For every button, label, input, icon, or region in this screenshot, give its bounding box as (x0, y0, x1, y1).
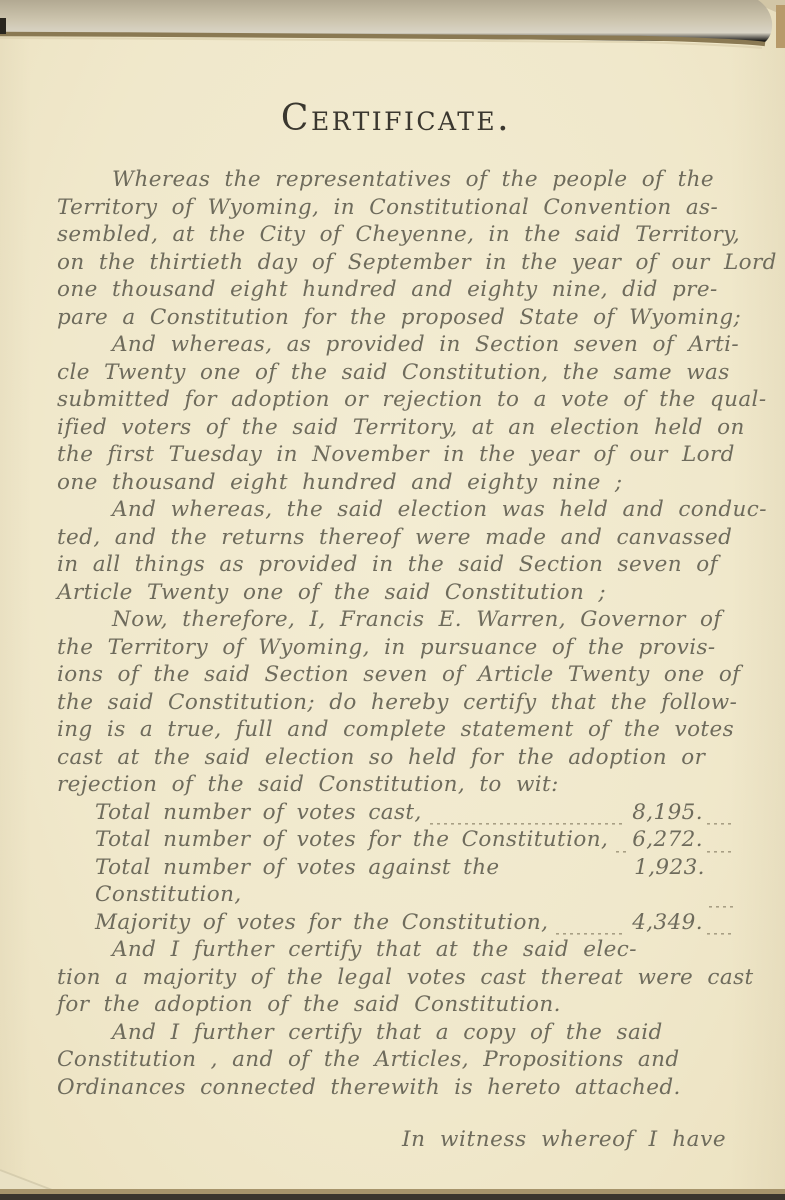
text-line: the first Tuesday in November in the yea… (57, 441, 735, 469)
text-line: submitted for adoption or rejection to a… (57, 386, 735, 414)
text-line: Constitution , and of the Articles, Prop… (57, 1046, 735, 1074)
text-line: ing is a true, full and complete stateme… (57, 716, 735, 744)
dotted-tail (707, 812, 735, 826)
text-line: Territory of Wyoming, in Constitutional … (57, 194, 735, 222)
text-line: Now, therefore, I, Francis E. Warren, Go… (57, 606, 735, 634)
vote-value: 1,923. (634, 854, 705, 882)
vote-row-majority: Majority of votes for the Constitution, … (57, 909, 735, 937)
vote-label: Total number of votes for the Constituti… (95, 826, 608, 854)
text-line: for the adoption of the said Constitutio… (57, 991, 735, 1019)
text-line: ions of the said Section seven of Articl… (57, 661, 735, 689)
page-top-curl (0, 0, 785, 62)
dotted-tail (709, 895, 735, 909)
text-line: Ordinances connected therewith is hereto… (57, 1074, 735, 1102)
text-line: in all things as provided in the said Se… (57, 551, 735, 579)
certificate-body: Certificate. Whereas the representatives… (0, 96, 785, 1154)
dotted-leader (430, 812, 627, 826)
certificate-text: Whereas the representatives of the peopl… (57, 166, 735, 1101)
vote-row-for: Total number of votes for the Constituti… (57, 826, 735, 854)
dotted-leader (616, 840, 626, 854)
text-line: ted, and the returns thereof were made a… (57, 524, 735, 552)
vote-label: Total number of votes cast, (95, 799, 422, 827)
vote-label: Majority of votes for the Constitution, (95, 909, 548, 937)
vote-row-against: Total number of votes against the Consti… (57, 854, 735, 909)
book-page: Certificate. Whereas the representatives… (0, 0, 785, 1200)
page-title: Certificate. (57, 96, 735, 142)
text-line: And whereas, the said election was held … (57, 496, 735, 524)
dotted-tail (707, 840, 735, 854)
text-line: sembled, at the City of Cheyenne, in the… (57, 221, 735, 249)
text-line: the said Constitution; do hereby certify… (57, 689, 735, 717)
dotted-leader (556, 922, 626, 936)
book-edge-dark (0, 1194, 785, 1200)
text-line: Article Twenty one of the said Constitut… (57, 579, 735, 607)
text-line: And I further certify that a copy of the… (57, 1019, 735, 1047)
text-line: And whereas, as provided in Section seve… (57, 331, 735, 359)
text-line: ified voters of the said Territory, at a… (57, 414, 735, 442)
vote-value: 8,195. (632, 799, 703, 827)
page-edge-strip (776, 5, 785, 48)
text-line: pare a Constitution for the proposed Sta… (57, 304, 735, 332)
text-line: on the thirtieth day of September in the… (57, 249, 735, 277)
page-edge-brown (0, 1189, 785, 1194)
closing-line: In witness whereof I have (57, 1126, 735, 1154)
vote-row-total-cast: Total number of votes cast, 8,195. (57, 799, 735, 827)
text-line: cast at the said election so held for th… (57, 744, 735, 772)
text-line: cle Twenty one of the said Constitution,… (57, 359, 735, 387)
text-line: the Territory of Wyoming, in pursuance o… (57, 634, 735, 662)
vote-value: 4,349. (632, 909, 703, 937)
vote-label: Total number of votes against the Consti… (95, 854, 620, 909)
text-line: And I further certify that at the said e… (57, 936, 735, 964)
binding-stub (0, 18, 6, 34)
text-line: tion a majority of the legal votes cast … (57, 964, 735, 992)
text-line: one thousand eight hundred and eighty ni… (57, 469, 735, 497)
page-bottom-edge-detail (0, 1155, 785, 1200)
vote-value: 6,272. (632, 826, 703, 854)
text-line: Whereas the representatives of the peopl… (57, 166, 735, 194)
text-line: rejection of the said Constitution, to w… (57, 771, 735, 799)
text-line: one thousand eight hundred and eighty ni… (57, 276, 735, 304)
dotted-tail (707, 922, 735, 936)
